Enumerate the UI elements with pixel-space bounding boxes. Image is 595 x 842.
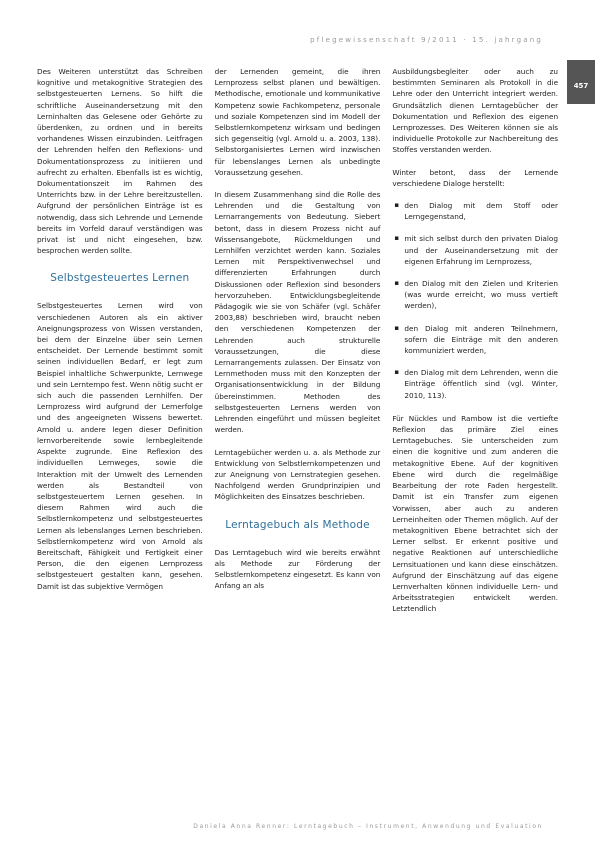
- paragraph: Winter betont, dass der Lernende verschi…: [392, 167, 558, 189]
- paragraph: der Lernenden gemeint, die ihren Lernpro…: [215, 66, 381, 178]
- list-item: ▪mit sich selbst durch den privaten Dial…: [392, 233, 558, 267]
- paragraph: Lerntagebücher werden u. a. als Methode …: [215, 447, 381, 503]
- list-item: ▪den Dialog mit dem Lehrenden, wenn die …: [392, 367, 558, 401]
- paragraph: Das Lerntagebuch wird wie bereits erwähn…: [215, 547, 381, 592]
- list-item-text: den Dialog mit dem Stoff oder Lerngegens…: [404, 201, 558, 221]
- running-header: Pflegewissenschaft 9/2011 · 15. Jahrgang: [310, 36, 543, 44]
- bullet-icon: ▪: [394, 200, 399, 211]
- running-footer: Daniela Anna Renner: Lerntagebuch – Inst…: [193, 823, 543, 830]
- column-2: der Lernenden gemeint, die ihren Lernpro…: [215, 66, 381, 806]
- list-item: ▪den Dialog mit anderen Teilnehmern, sof…: [392, 323, 558, 357]
- paragraph: Des Weiteren unterstützt das Schreiben k…: [37, 66, 203, 256]
- list-item-text: den Dialog mit dem Lehrenden, wenn die E…: [404, 368, 558, 399]
- list-item: ▪den Dialog mit dem Stoff oder Lerngegen…: [392, 200, 558, 222]
- paragraph: Für Nückles und Rambow ist die vertiefte…: [392, 413, 558, 615]
- section-heading-selbstgesteuertes-lernen: Selbstgesteuertes Lernen: [37, 272, 203, 284]
- bullet-icon: ▪: [394, 367, 399, 378]
- bullet-icon: ▪: [394, 323, 399, 334]
- column-3: Ausbildungsbegleiter oder auch zu bestim…: [392, 66, 558, 806]
- list-item-text: mit sich selbst durch den privaten Dialo…: [404, 234, 558, 265]
- page-number-tab: 457: [567, 60, 595, 104]
- list-item-text: den Dialog mit den Zielen und Kriterien …: [404, 279, 558, 310]
- paragraph: Selbstgesteuertes Lernen wird von versch…: [37, 300, 203, 591]
- bullet-icon: ▪: [394, 278, 399, 289]
- dialog-list: ▪den Dialog mit dem Stoff oder Lerngegen…: [392, 200, 558, 401]
- list-item: ▪den Dialog mit den Zielen und Kriterien…: [392, 278, 558, 312]
- article-columns: Des Weiteren unterstützt das Schreiben k…: [37, 66, 558, 806]
- paragraph: In diesem Zusammenhang sind die Rolle de…: [215, 189, 381, 435]
- list-item-text: den Dialog mit anderen Teilnehmern, sofe…: [404, 324, 558, 355]
- paragraph: Ausbildungsbegleiter oder auch zu bestim…: [392, 66, 558, 156]
- bullet-icon: ▪: [394, 233, 399, 244]
- section-heading-lerntagebuch-als-methode: Lerntagebuch als Methode: [215, 519, 381, 531]
- page-number: 457: [567, 82, 595, 90]
- column-1: Des Weiteren unterstützt das Schreiben k…: [37, 66, 203, 806]
